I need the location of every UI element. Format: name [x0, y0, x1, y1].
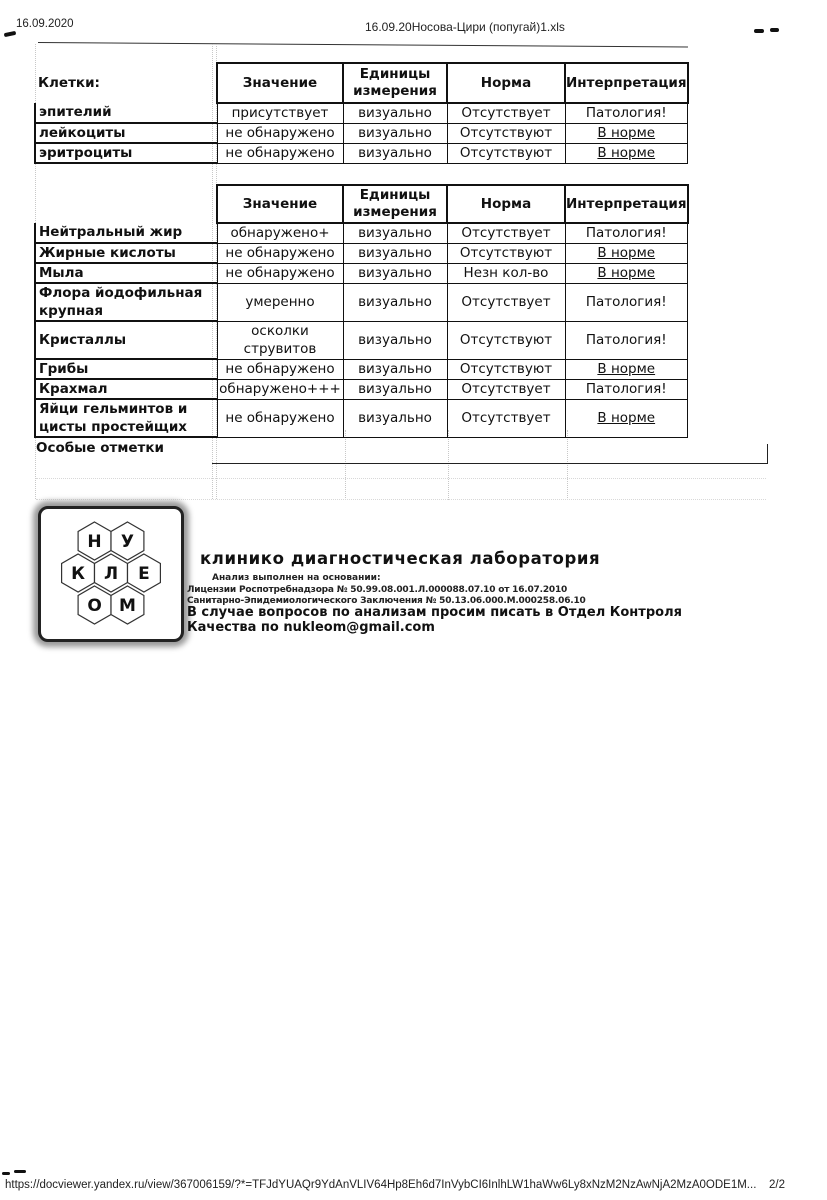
table-row: эритроцитыне обнаруженовизуальноОтсутств…	[35, 143, 688, 163]
grid-line	[345, 430, 346, 500]
column-header-norm: Норма	[447, 63, 565, 103]
cells-table: Клетки: Значение Единицы измерения Норма…	[34, 62, 689, 164]
row-name: Грибы	[35, 359, 217, 379]
table-row: Кристаллыосколки струвитоввизуальноОтсут…	[35, 321, 688, 359]
row-value: не обнаружено	[217, 359, 343, 379]
row-unit: визуально	[343, 359, 447, 379]
table-row: Крахмалобнаружено+++визуальноОтсутствует…	[35, 379, 688, 399]
section-title-other	[35, 185, 217, 223]
scan-mark	[4, 31, 17, 37]
row-name: Нейтральный жир	[35, 223, 217, 243]
grid-line	[567, 430, 568, 500]
row-value: присутствует	[217, 103, 343, 123]
row-value: обнаружено+++	[217, 379, 343, 399]
logo-letter: Н	[87, 532, 101, 552]
row-norm: Отсутствует	[447, 223, 565, 243]
logo-letter: О	[87, 596, 101, 616]
scan-mark	[754, 29, 764, 33]
row-value: не обнаружено	[217, 243, 343, 263]
table-row: Нейтральный жиробнаружено+визуальноОтсут…	[35, 223, 688, 243]
table-row: Грибыне обнаруженовизуальноОтсутствуютВ …	[35, 359, 688, 379]
row-name: Яйци гельминтов и цисты простейщих	[35, 399, 217, 437]
scan-mark	[14, 1170, 26, 1173]
row-norm: Отсутствуют	[447, 359, 565, 379]
column-header-value: Значение	[217, 63, 343, 103]
honeycomb-logo-icon: НУКЛЕОМ	[41, 509, 181, 639]
row-unit: визуально	[343, 399, 447, 437]
row-value: не обнаружено	[217, 399, 343, 437]
row-norm: Незн кол-во	[447, 263, 565, 283]
row-unit: визуально	[343, 321, 447, 359]
row-unit: визуально	[343, 379, 447, 399]
logo-letter: К	[71, 564, 85, 584]
row-unit: визуально	[343, 263, 447, 283]
row-interpretation: Патология!	[565, 321, 688, 359]
row-interpretation: Патология!	[565, 223, 688, 243]
table-row: Флора йодофильная крупнаяумеренновизуаль…	[35, 283, 688, 321]
grid-line	[36, 499, 766, 500]
column-header-unit: Единицы измерения	[343, 185, 447, 223]
row-norm: Отсутствуют	[447, 243, 565, 263]
row-value: не обнаружено	[217, 123, 343, 143]
row-name: эритроциты	[35, 143, 217, 163]
row-unit: визуально	[343, 123, 447, 143]
scan-mark	[770, 28, 779, 32]
section-title-cells: Клетки:	[35, 63, 217, 103]
row-name: Кристаллы	[35, 321, 217, 359]
special-notes-border	[767, 444, 768, 464]
column-header-interpretation: Интерпретация	[565, 63, 688, 103]
row-unit: визуально	[343, 243, 447, 263]
row-interpretation: В норме	[565, 399, 688, 437]
column-header-interpretation: Интерпретация	[565, 185, 688, 223]
special-notes-field	[212, 463, 768, 464]
lab-license: Лицензии Роспотребнадзора № 50.99.08.001…	[187, 585, 567, 595]
logo-letter: Е	[138, 564, 150, 584]
special-notes-label: Особые отметки	[36, 440, 164, 456]
table-row: эпителийприсутствуетвизуальноОтсутствует…	[35, 103, 688, 123]
row-interpretation: В норме	[565, 243, 688, 263]
row-norm: Отсутствует	[447, 283, 565, 321]
table-row: лейкоцитыне обнаруженовизуальноОтсутству…	[35, 123, 688, 143]
table-row: Мылане обнаруженовизуальноНезн кол-воВ н…	[35, 263, 688, 283]
column-header-norm: Норма	[447, 185, 565, 223]
lab-title: клинико диагностическая лаборатория	[200, 549, 600, 568]
column-header-unit: Единицы измерения	[343, 63, 447, 103]
row-unit: визуально	[343, 143, 447, 163]
print-footer-url: https://docviewer.yandex.ru/view/3670061…	[5, 1179, 756, 1191]
row-value: не обнаружено	[217, 143, 343, 163]
row-interpretation: В норме	[565, 143, 688, 163]
row-interpretation: В норме	[565, 359, 688, 379]
row-norm: Отсутствует	[447, 379, 565, 399]
row-name: Флора йодофильная крупная	[35, 283, 217, 321]
row-value: умеренно	[217, 283, 343, 321]
lab-contact-text: В случае вопросов по анализам просим пис…	[187, 605, 687, 635]
lab-logo: НУКЛЕОМ	[38, 506, 184, 642]
grid-line	[36, 478, 766, 479]
row-name: эпителий	[35, 103, 217, 123]
print-file-name: 16.09.20Носова-Цири (попугай)1.xls	[365, 20, 565, 34]
row-norm: Отсутствуют	[447, 123, 565, 143]
row-norm: Отсутствуют	[447, 143, 565, 163]
row-name: Мыла	[35, 263, 217, 283]
row-norm: Отсутствуют	[447, 321, 565, 359]
lab-basis-label: Анализ выполнен на основании:	[212, 573, 381, 583]
row-norm: Отсутствует	[447, 103, 565, 123]
table-row: Жирные кислотыне обнаруженовизуальноОтсу…	[35, 243, 688, 263]
row-value: обнаружено+	[217, 223, 343, 243]
logo-letter: У	[121, 532, 134, 552]
row-unit: визуально	[343, 283, 447, 321]
print-page-number: 2/2	[769, 1179, 785, 1191]
row-interpretation: В норме	[565, 123, 688, 143]
row-unit: визуально	[343, 223, 447, 243]
column-header-value: Значение	[217, 185, 343, 223]
row-value: осколки струвитов	[217, 321, 343, 359]
row-interpretation: Патология!	[565, 283, 688, 321]
row-name: лейкоциты	[35, 123, 217, 143]
grid-line	[448, 430, 449, 500]
cells-table-section: Клетки: Значение Единицы измерения Норма…	[34, 62, 689, 164]
row-value: не обнаружено	[217, 263, 343, 283]
other-table-section: Значение Единицы измерения Норма Интерпр…	[34, 184, 689, 438]
table-row: Яйци гельминтов и цисты простейщихне обн…	[35, 399, 688, 437]
print-date: 16.09.2020	[16, 18, 74, 30]
row-interpretation: В норме	[565, 263, 688, 283]
other-table: Значение Единицы измерения Норма Интерпр…	[34, 184, 689, 438]
row-norm: Отсутствует	[447, 399, 565, 437]
logo-letter: Л	[104, 564, 118, 584]
row-name: Жирные кислоты	[35, 243, 217, 263]
row-unit: визуально	[343, 103, 447, 123]
row-interpretation: Патология!	[565, 379, 688, 399]
logo-letter: М	[119, 596, 136, 616]
row-name: Крахмал	[35, 379, 217, 399]
row-interpretation: Патология!	[565, 103, 688, 123]
header-rule	[38, 42, 688, 48]
scan-mark	[2, 1172, 10, 1175]
